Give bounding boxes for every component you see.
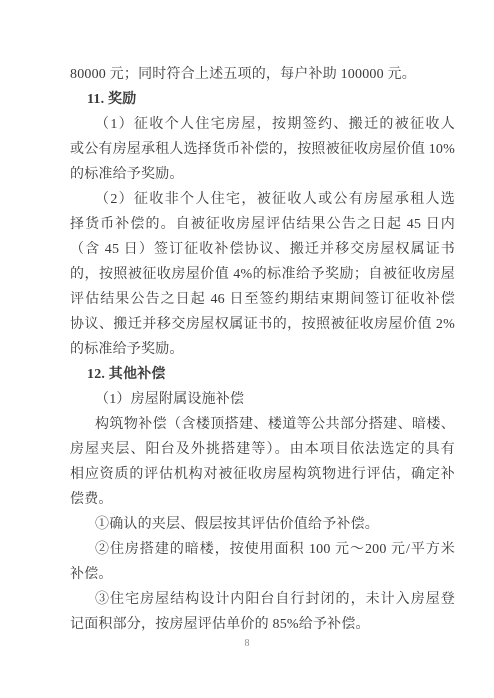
text-line: 评估结果公告之日起 46 日至签约期结束期间签订征收补偿: [70, 287, 455, 312]
text-line: （1）征收个人住宅房屋，按期签约、搬迁的被征收人: [70, 112, 455, 137]
text-line: ②住房搭建的暗楼，按使用面积 100 元～200 元/平方米: [70, 537, 455, 562]
text-line: 记面积部分，按房屋评估单价的 85%给予补偿。: [70, 612, 455, 637]
text-line: 80000 元；同时符合上述五项的，每户补助 100000 元。: [70, 62, 455, 87]
text-line: 或公有房屋承租人选择货币补偿的，按照被征收房屋价值 10%: [70, 137, 455, 162]
page-number: 8: [0, 637, 494, 651]
document-page: 80000 元；同时符合上述五项的，每户补助 100000 元。 11. 奖励 …: [0, 0, 494, 698]
section-heading-12: 12. 其他补偿: [70, 362, 455, 387]
text-line: 的，按照被征收房屋价值 4%的标准给予奖励；自被征收房屋: [70, 262, 455, 287]
text-line: 房屋夹层、阳台及外挑搭建等）。由本项目依法选定的具有: [70, 437, 455, 462]
text-line: 偿费。: [70, 487, 455, 512]
text-line: ①确认的夹层、假层按其评估价值给予补偿。: [70, 512, 455, 537]
text-line: （含 45 日）签订征收补偿协议、搬迁并移交房屋权属证书: [70, 237, 455, 262]
page-content: 80000 元；同时符合上述五项的，每户补助 100000 元。 11. 奖励 …: [70, 62, 455, 637]
text-line: 的标准给予奖励。: [70, 162, 455, 187]
text-line: 的标准给予奖励。: [70, 337, 455, 362]
text-line: ③住宅房屋结构设计内阳台自行封闭的，未计入房屋登: [70, 587, 455, 612]
text-line: （1）房屋附属设施补偿: [70, 387, 455, 412]
text-line: 构筑物补偿（含楼顶搭建、楼道等公共部分搭建、暗楼、: [70, 412, 455, 437]
text-line: （2）征收非个人住宅，被征收人或公有房屋承租人选: [70, 187, 455, 212]
text-line: 协议、搬迁并移交房屋权属证书的，按照被征收房屋价值 2%: [70, 312, 455, 337]
section-heading-11: 11. 奖励: [70, 87, 455, 112]
text-line: 补偿。: [70, 562, 455, 587]
text-line: 相应资质的评估机构对被征收房屋构筑物进行评估，确定补: [70, 462, 455, 487]
text-line: 择货币补偿的。自被征收房屋评估结果公告之日起 45 日内: [70, 212, 455, 237]
